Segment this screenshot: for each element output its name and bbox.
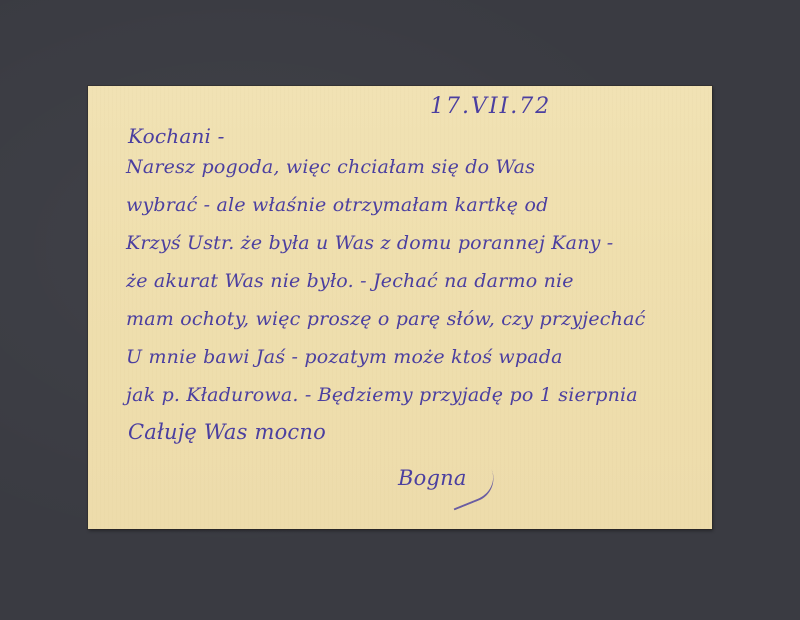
letter-line: jak p. Kładurowa. - Będziemy przyjadę po… [126,384,638,406]
letter-salutation: Kochani - [128,124,225,148]
letter-line: Krzyś Ustr. że była u Was z domu poranne… [126,232,613,254]
letter-date: 17.VII.72 [430,94,551,119]
letter-line: że akurat Was nie było. - Jechać na darm… [126,270,574,292]
postcard: 17.VII.72 Kochani - Naresz pogoda, więc … [88,86,712,529]
letter-line: U mnie bawi Jaś - pozatym może ktoś wpad… [126,346,563,368]
letter-line: Naresz pogoda, więc chciałam się do Was [126,156,535,178]
letter-closing: Całuję Was mocno [128,420,326,444]
letter-line: wybrać - ale właśnie otrzymałam kartkę o… [126,194,548,216]
letter-line: mam ochoty, więc proszę o parę słów, czy… [126,308,645,330]
